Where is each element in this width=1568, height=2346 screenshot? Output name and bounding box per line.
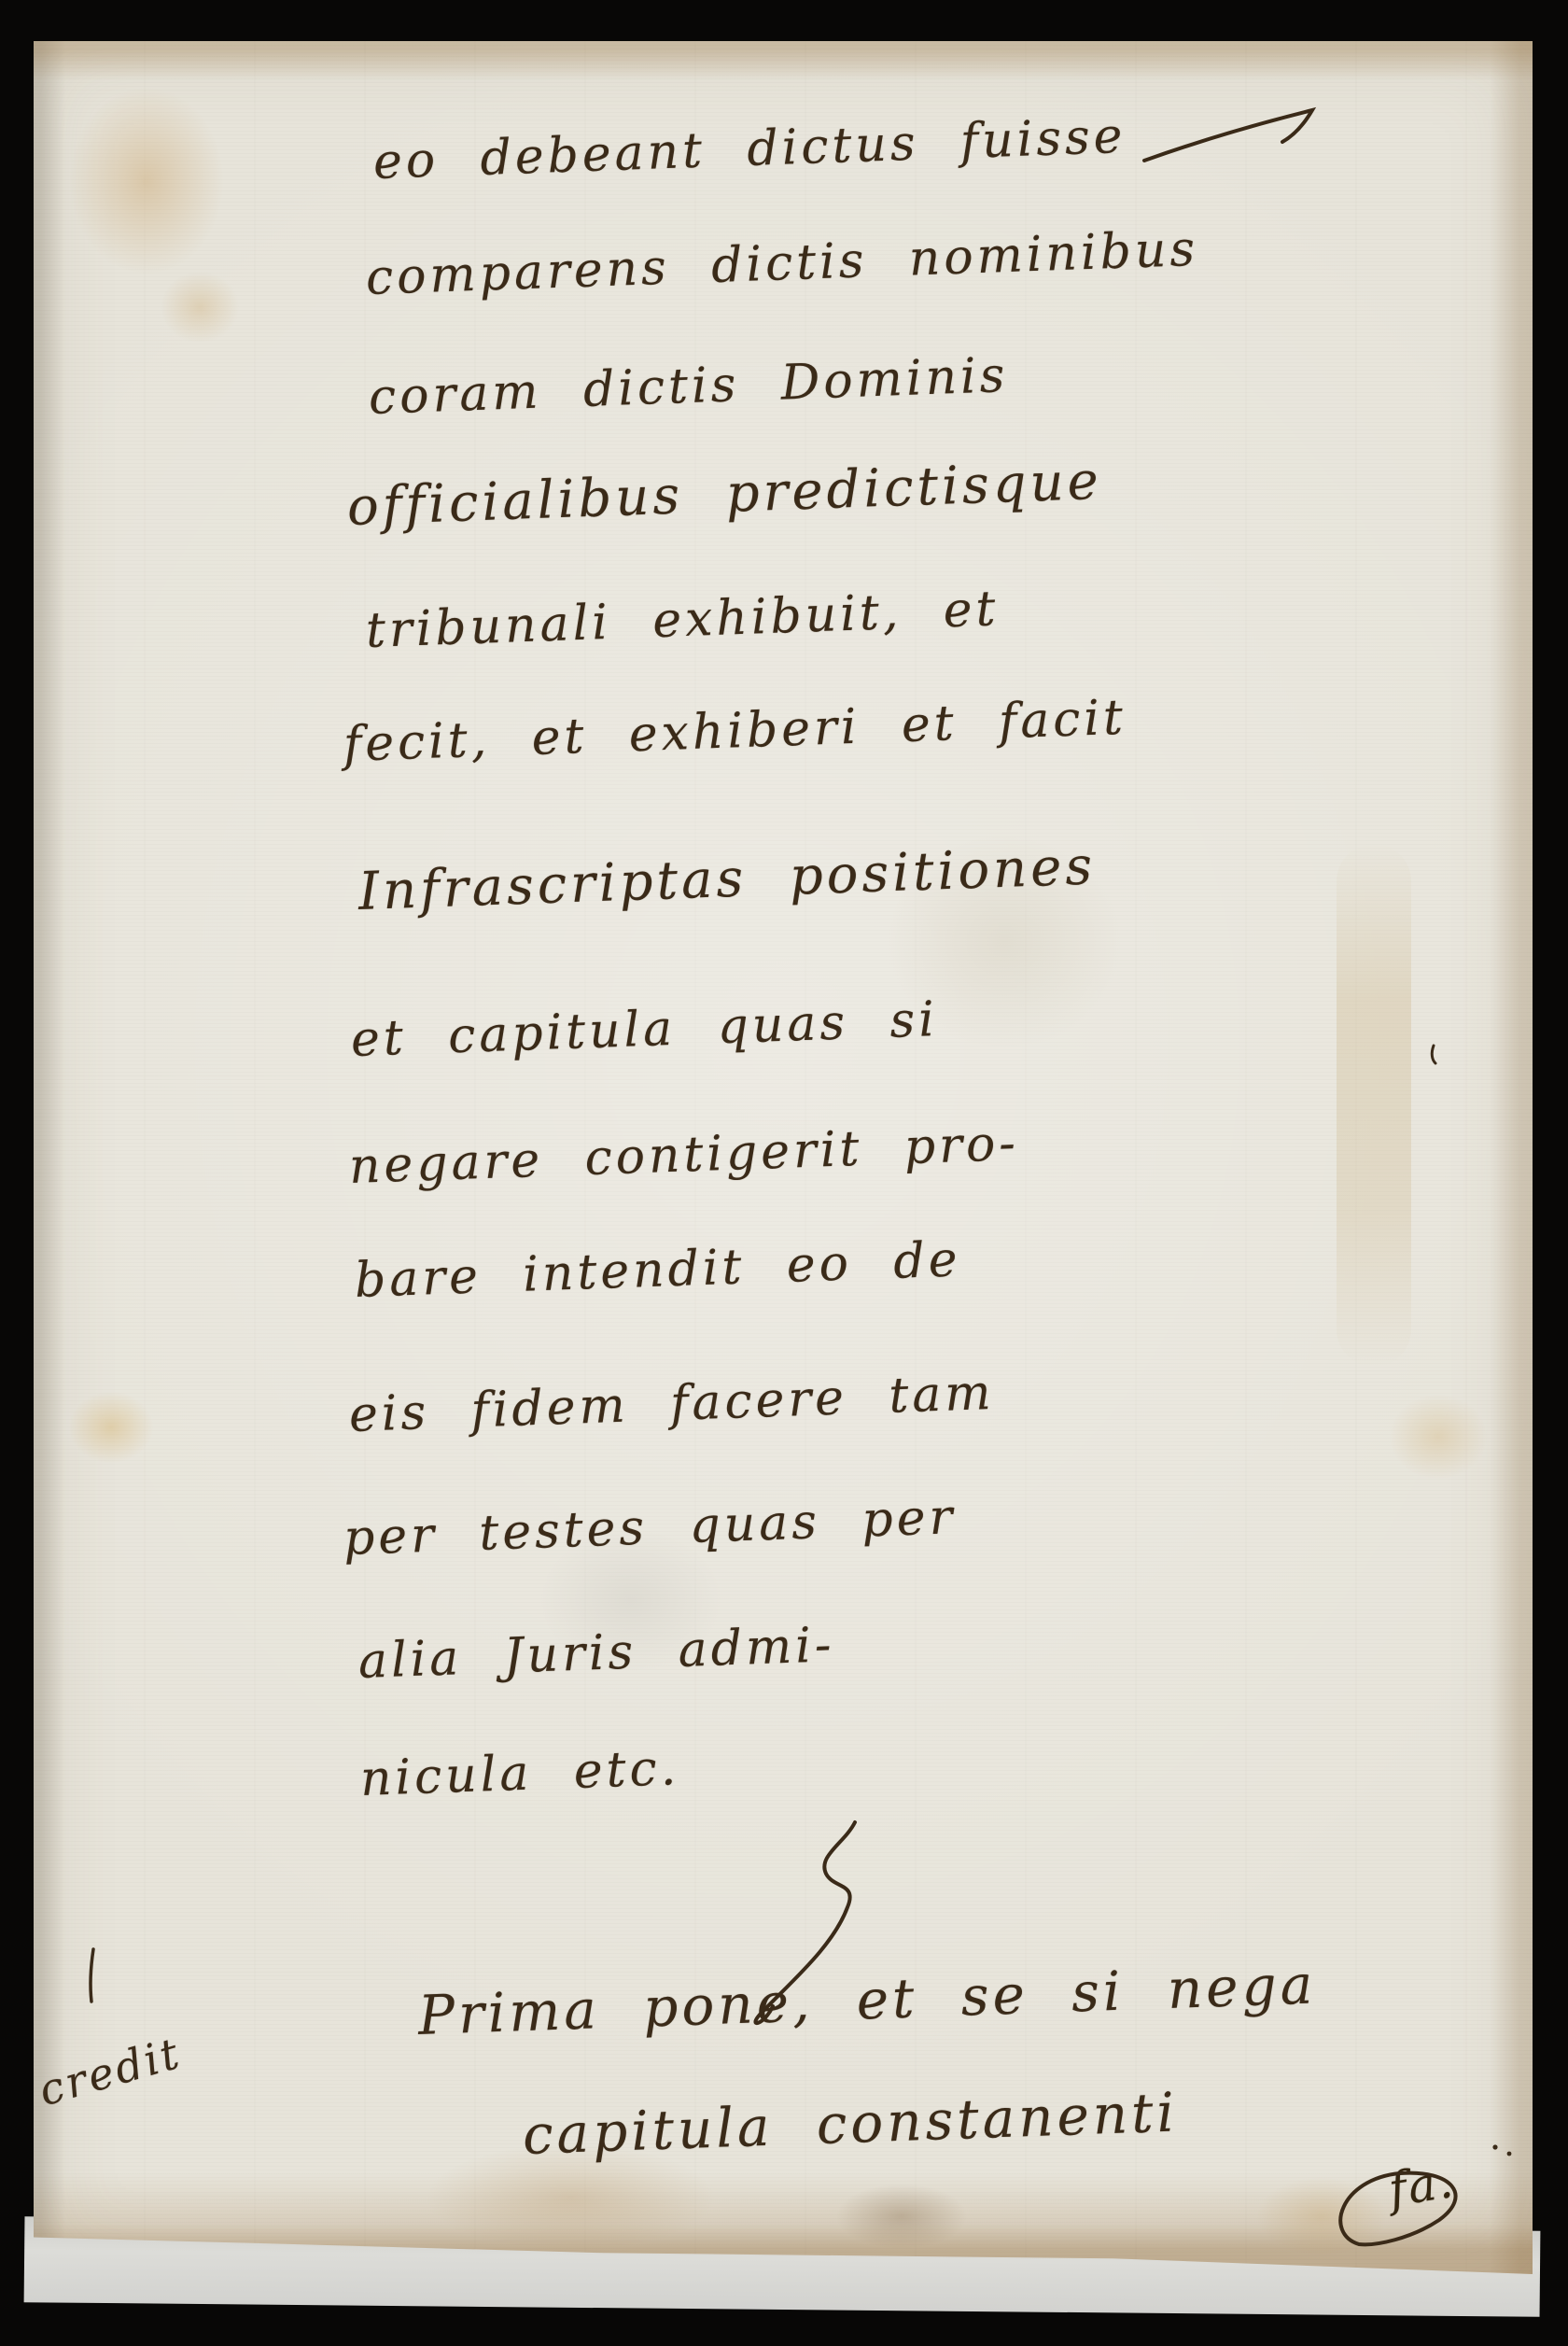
stain-top-left-small [144, 256, 256, 358]
text-line: nicula etc. [359, 1744, 680, 1804]
signature-mark: fa. [1386, 2157, 1458, 2213]
manuscript-scan: eo debeant dictus fuisse comparens dicti… [0, 0, 1568, 2346]
stain-right-mid [1368, 1376, 1508, 1497]
ink-smudge-bottom [808, 2170, 995, 2263]
watermark-showthrough [836, 788, 1172, 1096]
stain-top-left [39, 50, 254, 312]
stain-left-mid [50, 1376, 172, 1479]
water-streak-right [1337, 844, 1411, 1367]
